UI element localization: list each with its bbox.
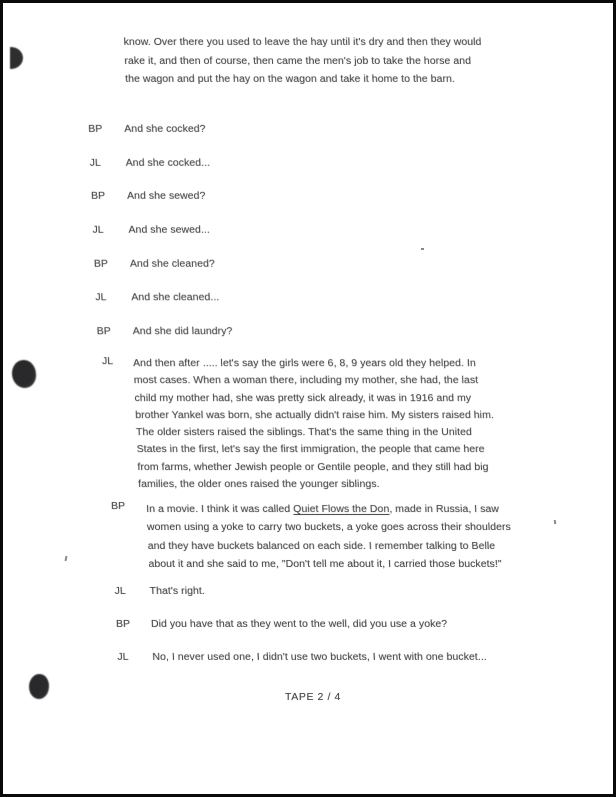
speaker-label: BP: [111, 500, 126, 512]
dialogue-row: JLThat's right.: [114, 585, 205, 597]
transcript-line: In a movie. I think it was called Quiet …: [146, 500, 511, 518]
dialogue-text: And she sewed?: [127, 190, 206, 202]
dialogue-row: JLAnd she cleaned...: [95, 291, 219, 303]
transcript-line: rake it, and then of course, then came t…: [124, 52, 483, 71]
scan-speck: [554, 520, 557, 524]
dialogue-text: And she cleaned...: [131, 291, 219, 303]
line-segment: , made in Russia, I saw: [389, 503, 499, 515]
speaker-label: BP: [116, 618, 152, 630]
transcript-line: about it and she said to me, "Don't tell…: [148, 555, 513, 573]
transcript-line: The older sisters raised the siblings. T…: [136, 424, 495, 441]
footer-tape-label: TAPE 2 / 4: [8, 691, 616, 703]
dialogue-text: And she cocked?: [124, 123, 206, 135]
dialogue-row: BPDid you have that as they went to the …: [116, 618, 448, 630]
scan-speck: [421, 248, 424, 250]
speaker-label: BP: [94, 258, 131, 270]
dialogue-text: And she sewed...: [128, 224, 210, 236]
speaker-label: JL: [95, 291, 132, 303]
speaker-label: JL: [114, 585, 150, 597]
dialogue-text: And she did laundry?: [132, 325, 232, 337]
speaker-label: BP: [88, 123, 125, 135]
transcript-line: the wagon and put the hay on the wagon a…: [125, 70, 484, 89]
transcript-line: families, the older ones raised the youn…: [138, 476, 497, 493]
dialogue-row: JLAnd she cocked...: [89, 157, 210, 169]
dialogue-text: No, I never used one, I didn't use two b…: [152, 651, 487, 663]
line-segment: In a movie. I think it was called: [146, 503, 294, 515]
jl-long-paragraph: JL And then after ..... let's say the gi…: [102, 355, 497, 493]
dialogue-row: BPAnd she cocked?: [88, 123, 206, 135]
transcript-line: child my mother had, she was pretty sick…: [134, 390, 493, 407]
dialogue-row: JLAnd she sewed...: [92, 224, 210, 236]
dialogue-row: JLNo, I never used one, I didn't use two…: [117, 651, 487, 663]
transcript-line: most cases. When a woman there, includin…: [133, 372, 492, 389]
movie-title: Quiet Flows the Don: [293, 503, 390, 515]
speaker-label: BP: [91, 190, 128, 202]
dialogue-row: BPAnd she cleaned?: [94, 258, 215, 270]
speaker-label: JL: [89, 157, 126, 169]
transcript-line: women using a yoke to carry two buckets,…: [147, 518, 512, 536]
dialogue-text: And she cleaned?: [130, 258, 215, 270]
speaker-label: JL: [117, 651, 153, 663]
transcript-line: from farms, whether Jewish people or Gen…: [137, 459, 496, 476]
intro-paragraph: know. Over there you used to leave the h…: [123, 33, 483, 89]
speaker-label: JL: [102, 355, 114, 367]
speaker-label: JL: [92, 224, 129, 236]
bp-movie-paragraph: BP In a movie. I think it was called Qui…: [111, 500, 513, 574]
transcript-line: brother Yankel was born, she actually di…: [135, 407, 494, 424]
transcript-line: know. Over there you used to leave the h…: [123, 33, 482, 52]
dialogue-row: BPAnd she sewed?: [91, 190, 206, 202]
dialogue-text: Did you have that as they went to the we…: [151, 618, 448, 630]
speaker-label: BP: [96, 325, 133, 337]
transcript-line: States in the first, let's say the first…: [136, 441, 495, 458]
transcript-line: and they have buckets balanced on each s…: [147, 537, 512, 555]
dialogue-text: And she cocked...: [125, 157, 210, 169]
scanned-page: know. Over there you used to leave the h…: [0, 0, 616, 797]
dialogue-row: BPAnd she did laundry?: [96, 325, 232, 337]
transcript-content: know. Over there you used to leave the h…: [3, 3, 616, 794]
transcript-line: And then after ..... let's say the girls…: [133, 355, 492, 372]
dialogue-text: That's right.: [149, 585, 205, 597]
